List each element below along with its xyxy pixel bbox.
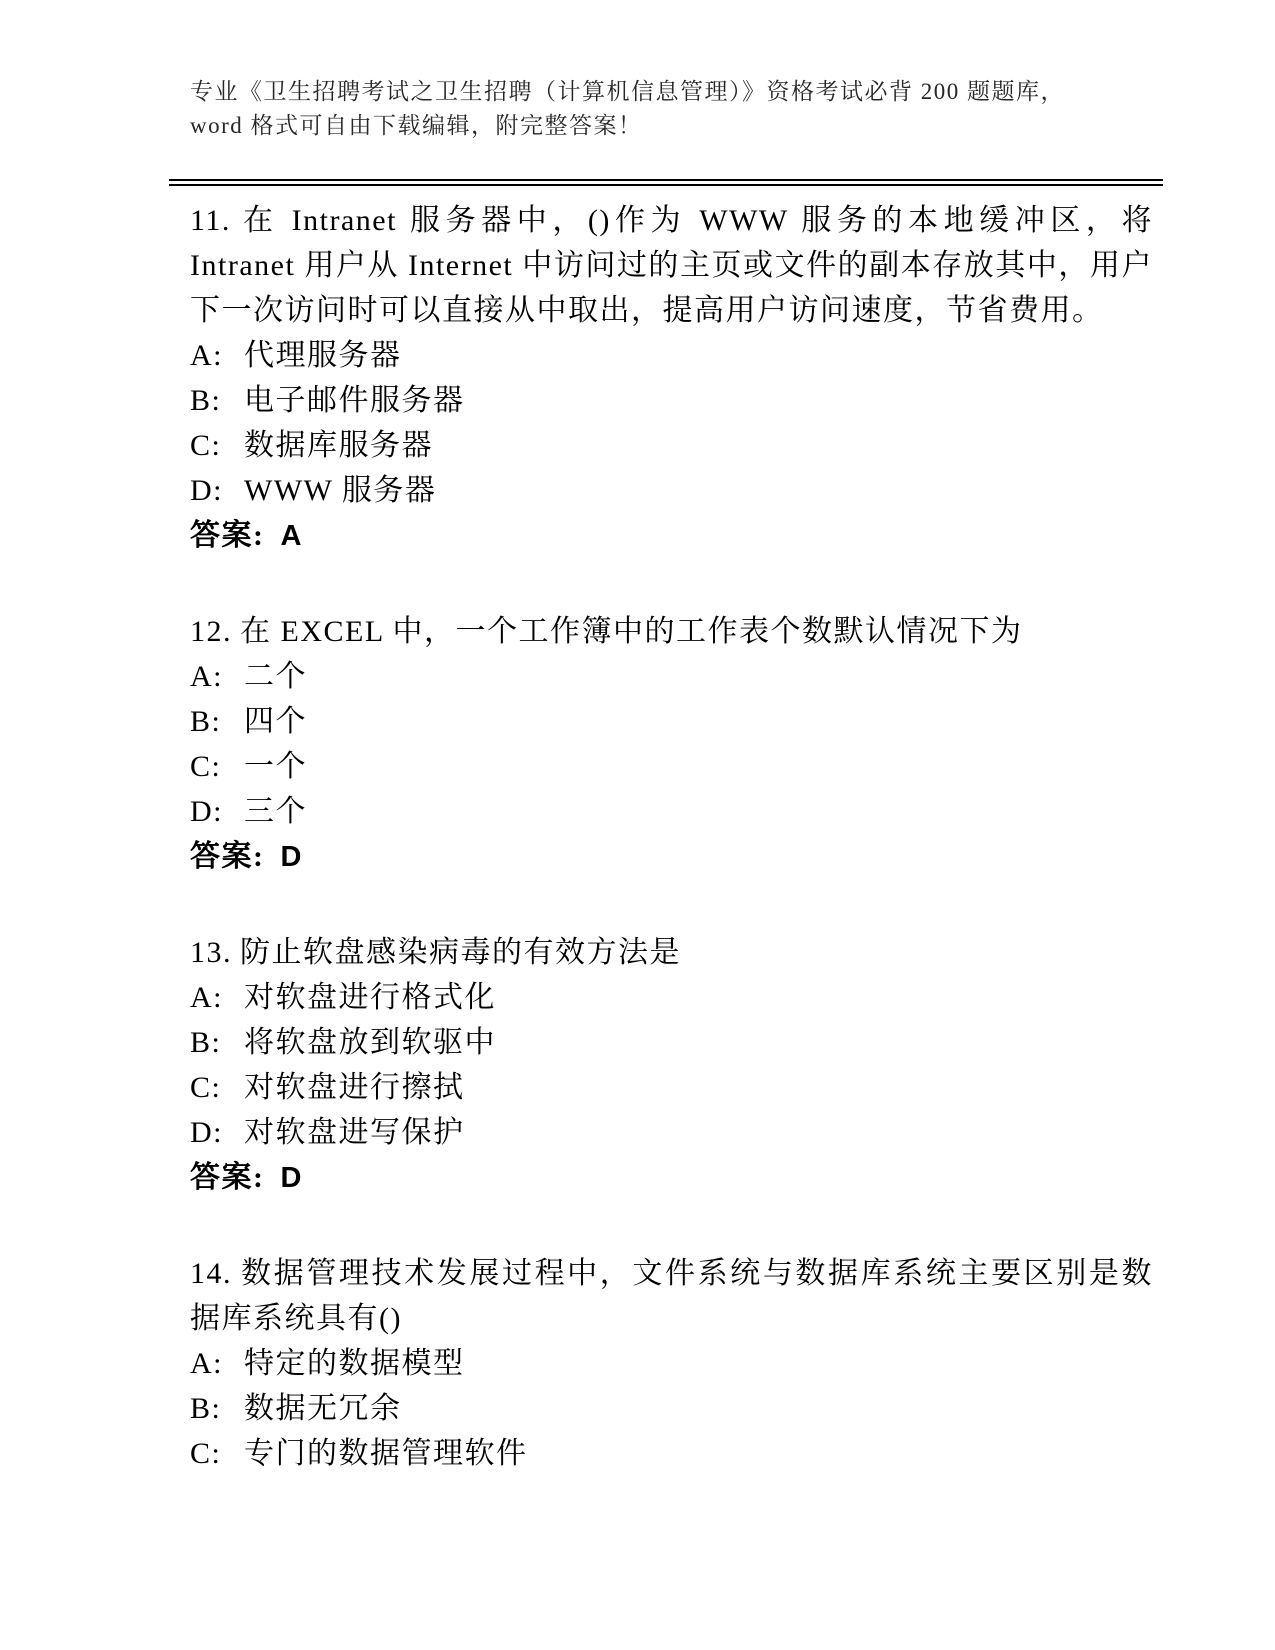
page-content: 专业《卫生招聘考试之卫生招聘（计算机信息管理）》资格考试必背 200 题题库， …: [169, 0, 1163, 1476]
option-text: 代理服务器: [244, 339, 402, 372]
option-text: WWW 服务器: [244, 474, 436, 507]
question-stem: 12.在 EXCEL 中，一个工作簿中的工作表个数默认情况下为: [190, 609, 1153, 654]
option-d: D:三个: [190, 789, 1153, 834]
question-block-11: 11.在 Intranet 服务器中，()作为 WWW 服务的本地缓冲区，将 I…: [190, 198, 1153, 559]
option-a: A:特定的数据模型: [190, 1341, 1153, 1386]
question-stem: 13.防止软盘感染病毒的有效方法是: [190, 930, 1153, 975]
answer-label: 答案:: [190, 1161, 265, 1194]
option-label: A:: [190, 975, 226, 1020]
option-b: B:电子邮件服务器: [190, 378, 1153, 423]
question-number: 13.: [190, 936, 232, 969]
document-page: 专业《卫生招聘考试之卫生招聘（计算机信息管理）》资格考试必背 200 题题库， …: [0, 0, 1275, 1650]
question-text: 在 Intranet 服务器中，()作为 WWW 服务的本地缓冲区，将 Intr…: [190, 204, 1153, 327]
question-block-14: 14.数据管理技术发展过程中，文件系统与数据库系统主要区别是数据库系统具有() …: [190, 1251, 1153, 1476]
question-text: 防止软盘感染病毒的有效方法是: [240, 936, 681, 969]
question-number: 11.: [190, 204, 231, 237]
option-d: D:WWW 服务器: [190, 468, 1153, 513]
header-line-1: 专业《卫生招聘考试之卫生招聘（计算机信息管理）》资格考试必背 200 题题库，: [190, 75, 1153, 109]
question-number: 14.: [190, 1257, 232, 1290]
answer-value: D: [281, 1162, 303, 1194]
option-label: A:: [190, 654, 226, 699]
option-text: 将软盘放到软驱中: [244, 1026, 496, 1059]
option-text: 对软盘进行擦拭: [244, 1071, 465, 1104]
answer-line: 答案:D: [190, 1155, 1153, 1201]
option-a: A:二个: [190, 654, 1153, 699]
option-label: B:: [190, 378, 226, 423]
question-number: 12.: [190, 615, 232, 648]
option-text: 特定的数据模型: [244, 1347, 465, 1380]
answer-value: A: [281, 520, 303, 552]
option-label: C:: [190, 744, 226, 789]
answer-label: 答案:: [190, 519, 265, 552]
question-block-12: 12.在 EXCEL 中，一个工作簿中的工作表个数默认情况下为 A:二个 B:四…: [190, 609, 1153, 880]
option-d: D:对软盘进写保护: [190, 1110, 1153, 1155]
option-c: C:专门的数据管理软件: [190, 1431, 1153, 1476]
option-b: B:数据无冗余: [190, 1386, 1153, 1431]
option-text: 数据无冗余: [244, 1392, 402, 1425]
question-stem: 11.在 Intranet 服务器中，()作为 WWW 服务的本地缓冲区，将 I…: [190, 198, 1153, 333]
option-label: C:: [190, 423, 226, 468]
answer-line: 答案:A: [190, 513, 1153, 559]
option-label: B:: [190, 699, 226, 744]
header-line-2: word 格式可自由下载编辑，附完整答案！: [190, 109, 1153, 143]
option-label: A:: [190, 333, 226, 378]
option-c: C:对软盘进行擦拭: [190, 1065, 1153, 1110]
answer-label: 答案:: [190, 840, 265, 873]
option-text: 一个: [244, 750, 307, 783]
option-text: 电子邮件服务器: [244, 384, 465, 417]
document-header: 专业《卫生招聘考试之卫生招聘（计算机信息管理）》资格考试必背 200 题题库， …: [169, 75, 1163, 186]
option-label: C:: [190, 1431, 226, 1476]
option-label: B:: [190, 1020, 226, 1065]
question-text: 数据管理技术发展过程中，文件系统与数据库系统主要区别是数据库系统具有(): [190, 1257, 1153, 1335]
option-text: 对软盘进行格式化: [244, 981, 496, 1014]
option-text: 专门的数据管理软件: [244, 1437, 528, 1470]
answer-line: 答案:D: [190, 834, 1153, 880]
question-list: 11.在 Intranet 服务器中，()作为 WWW 服务的本地缓冲区，将 I…: [169, 186, 1163, 1476]
option-a: A:代理服务器: [190, 333, 1153, 378]
option-text: 三个: [244, 795, 307, 828]
question-stem: 14.数据管理技术发展过程中，文件系统与数据库系统主要区别是数据库系统具有(): [190, 1251, 1153, 1341]
answer-value: D: [281, 841, 303, 873]
option-a: A:对软盘进行格式化: [190, 975, 1153, 1020]
option-text: 数据库服务器: [244, 429, 433, 462]
option-label: D:: [190, 789, 226, 834]
option-label: B:: [190, 1386, 226, 1431]
option-text: 四个: [244, 705, 307, 738]
option-text: 对软盘进写保护: [244, 1116, 465, 1149]
option-label: D:: [190, 468, 226, 513]
option-c: C:一个: [190, 744, 1153, 789]
option-label: A:: [190, 1341, 226, 1386]
option-b: B:四个: [190, 699, 1153, 744]
option-label: D:: [190, 1110, 226, 1155]
question-text: 在 EXCEL 中，一个工作簿中的工作表个数默认情况下为: [240, 615, 1023, 648]
option-b: B:将软盘放到软驱中: [190, 1020, 1153, 1065]
question-block-13: 13.防止软盘感染病毒的有效方法是 A:对软盘进行格式化 B:将软盘放到软驱中 …: [190, 930, 1153, 1201]
option-label: C:: [190, 1065, 226, 1110]
option-text: 二个: [244, 660, 307, 693]
option-c: C:数据库服务器: [190, 423, 1153, 468]
